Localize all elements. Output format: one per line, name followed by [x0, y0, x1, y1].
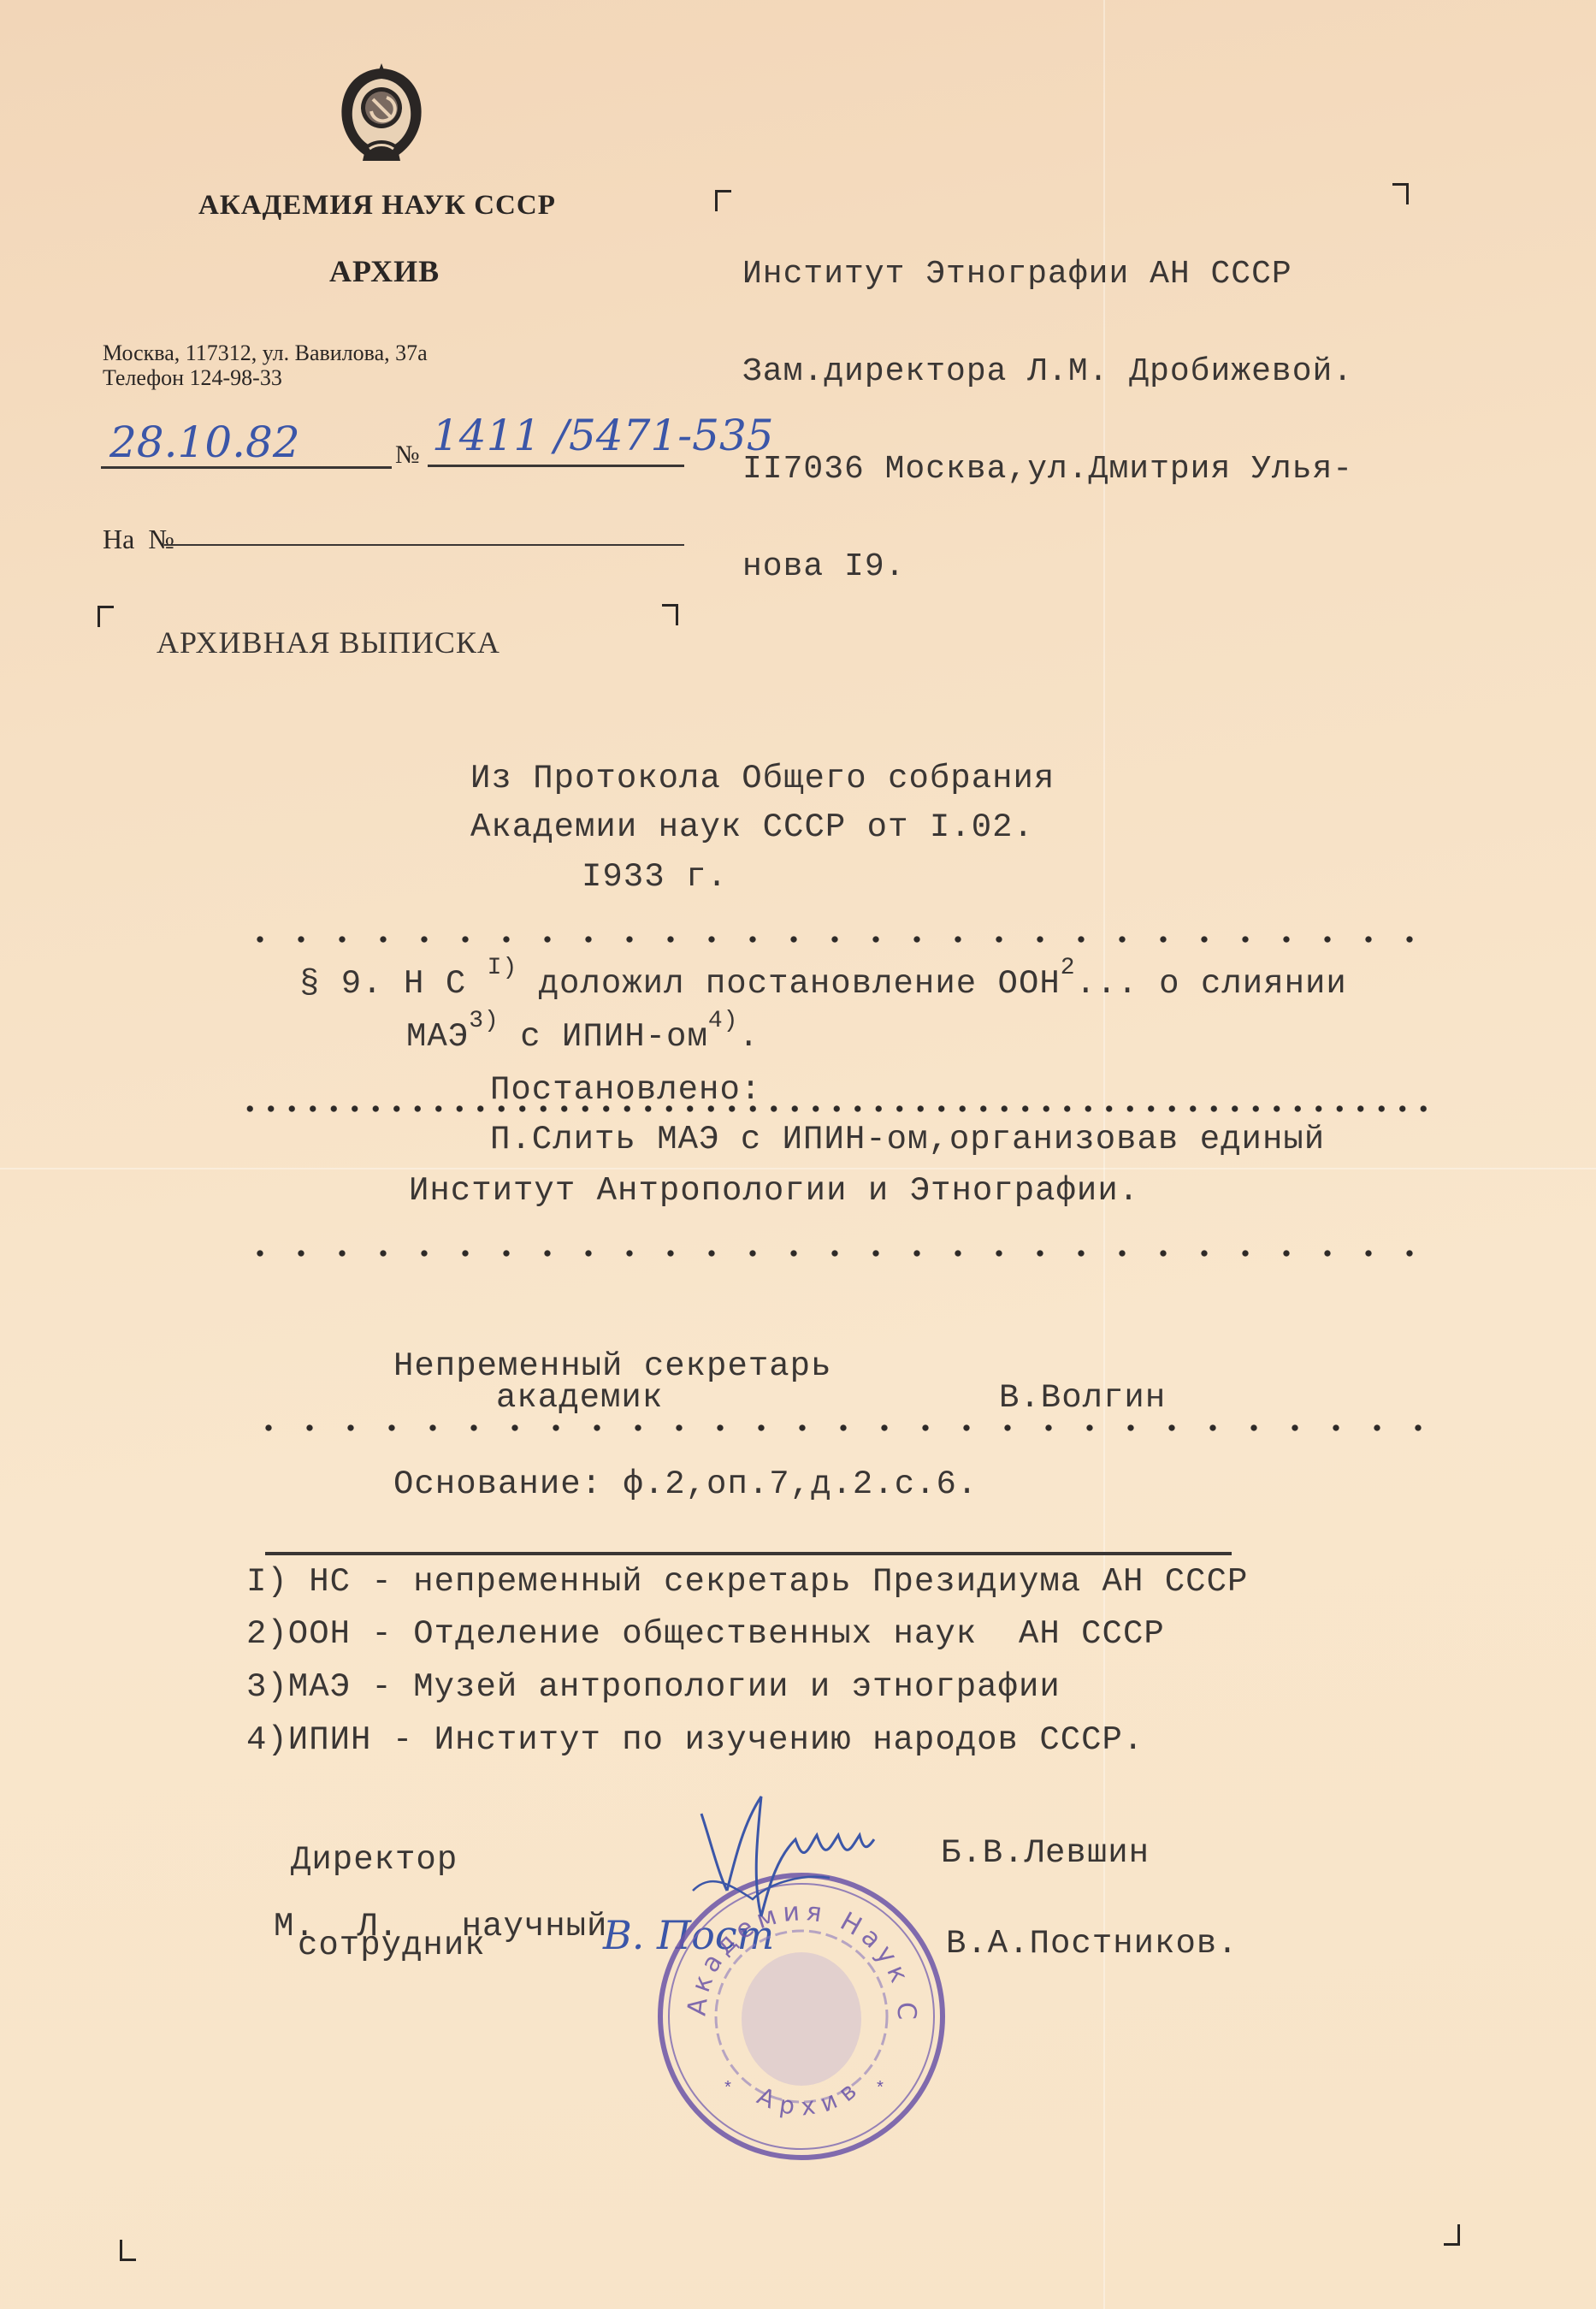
- item-text: с ИПИН-ом: [499, 1018, 708, 1056]
- resolved-label: Постановлено:: [490, 1071, 761, 1109]
- corner-mark: [662, 604, 678, 625]
- outgoing-date: 28.10.82: [109, 417, 300, 467]
- corner-mark: [715, 190, 731, 211]
- corner-mark: [1444, 2224, 1460, 2246]
- recipient-line: Институт Этнографии АН СССР: [742, 258, 1353, 291]
- director-name: Б.В.Левшин: [941, 1834, 1150, 1872]
- corner-mark: [1392, 183, 1409, 204]
- item-text: доложил постановление ООН: [517, 965, 1061, 1003]
- source-line: Академии наук СССР от I.02.: [470, 808, 1034, 846]
- dotted-separator: [239, 1104, 1437, 1113]
- signatory-title: академик: [496, 1379, 663, 1417]
- decision-line: Институт Антропологии и Этнографии.: [409, 1172, 1139, 1210]
- footnote: 3)МАЭ - Музей антропологии и этнографии: [246, 1668, 1061, 1706]
- org-name: АКАДЕМИЯ НАУК СССР: [198, 190, 556, 222]
- ussr-coat-of-arms-icon: [335, 60, 428, 168]
- recipient-line: II7036 Москва,ул.Дмитрия Улья-: [742, 453, 1353, 486]
- archive-basis: Основание: ф.2,оп.7,д.2.с.6.: [393, 1465, 978, 1503]
- footnote: 4)ИПИН - Институт по изучению народов СС…: [246, 1721, 1144, 1759]
- phone-line: Телефон 124-98-33: [103, 365, 428, 390]
- svg-text:*: *: [723, 2080, 733, 2099]
- document-title: АРХИВНАЯ ВЫПИСКА: [157, 625, 500, 660]
- svg-text:*: *: [875, 2080, 885, 2099]
- footnote-ref: I): [488, 955, 518, 981]
- item-paragraph-line-2: МАЭ3) с ИПИН-ом4).: [406, 1018, 760, 1056]
- org-address: Москва, 117312, ул. Вавилова, 37а Телефо…: [103, 340, 428, 390]
- recipient-line: Зам.директора Л.М. Дробижевой.: [742, 356, 1353, 388]
- dotted-separator: [239, 1249, 1437, 1258]
- dept-name: АРХИВ: [329, 253, 440, 289]
- footnote: 2)ООН - Отделение общественных наук АН С…: [246, 1615, 1165, 1653]
- reply-to-label: На №: [103, 524, 174, 555]
- staff-name: В.А.Постников.: [946, 1925, 1238, 1963]
- corner-mark: [120, 2240, 136, 2261]
- director-label: Директор: [291, 1841, 458, 1879]
- dotted-separator: [248, 1424, 1445, 1432]
- source-line: Из Протокола Общего собрания: [470, 760, 1055, 797]
- staff-label: сотрудник: [298, 1927, 486, 1964]
- footnote: I) НС - непременный секретарь Президиума…: [246, 1563, 1248, 1601]
- signatory-name: В.Волгин: [999, 1379, 1166, 1417]
- number-label: №: [395, 441, 420, 470]
- paper-fold-horizontal: [0, 1168, 1596, 1169]
- number-underline: [428, 465, 684, 467]
- item-text: .: [738, 1018, 759, 1056]
- date-underline: [101, 466, 392, 469]
- item-paragraph-line-1: § 9. Н С I) доложил постановление ООН2..…: [299, 965, 1347, 1003]
- source-line: I933 г.: [582, 858, 728, 896]
- director-signature: [676, 1788, 881, 1933]
- reply-to-underline: [164, 544, 684, 546]
- recipient-address: Институт Этнографии АН СССР Зам.директор…: [742, 193, 1353, 616]
- outgoing-number: 1411 /5471-535: [432, 411, 774, 460]
- footnote-ref: 4): [708, 1008, 739, 1034]
- item-text: МАЭ: [406, 1018, 469, 1056]
- footnote-ref: 2: [1061, 955, 1076, 981]
- item-text: ... о слиянии: [1076, 965, 1347, 1003]
- footnote-ref: 3): [469, 1008, 499, 1034]
- decision-line: П.Слить МАЭ с ИПИН-ом,организовав единый: [490, 1121, 1325, 1158]
- recipient-line: нова I9.: [742, 551, 1353, 583]
- address-line: Москва, 117312, ул. Вавилова, 37а: [103, 340, 428, 365]
- dotted-separator: [239, 935, 1437, 944]
- footnote-rule: [265, 1552, 1232, 1555]
- corner-mark: [98, 606, 114, 627]
- item-text: § 9. Н С: [299, 965, 466, 1003]
